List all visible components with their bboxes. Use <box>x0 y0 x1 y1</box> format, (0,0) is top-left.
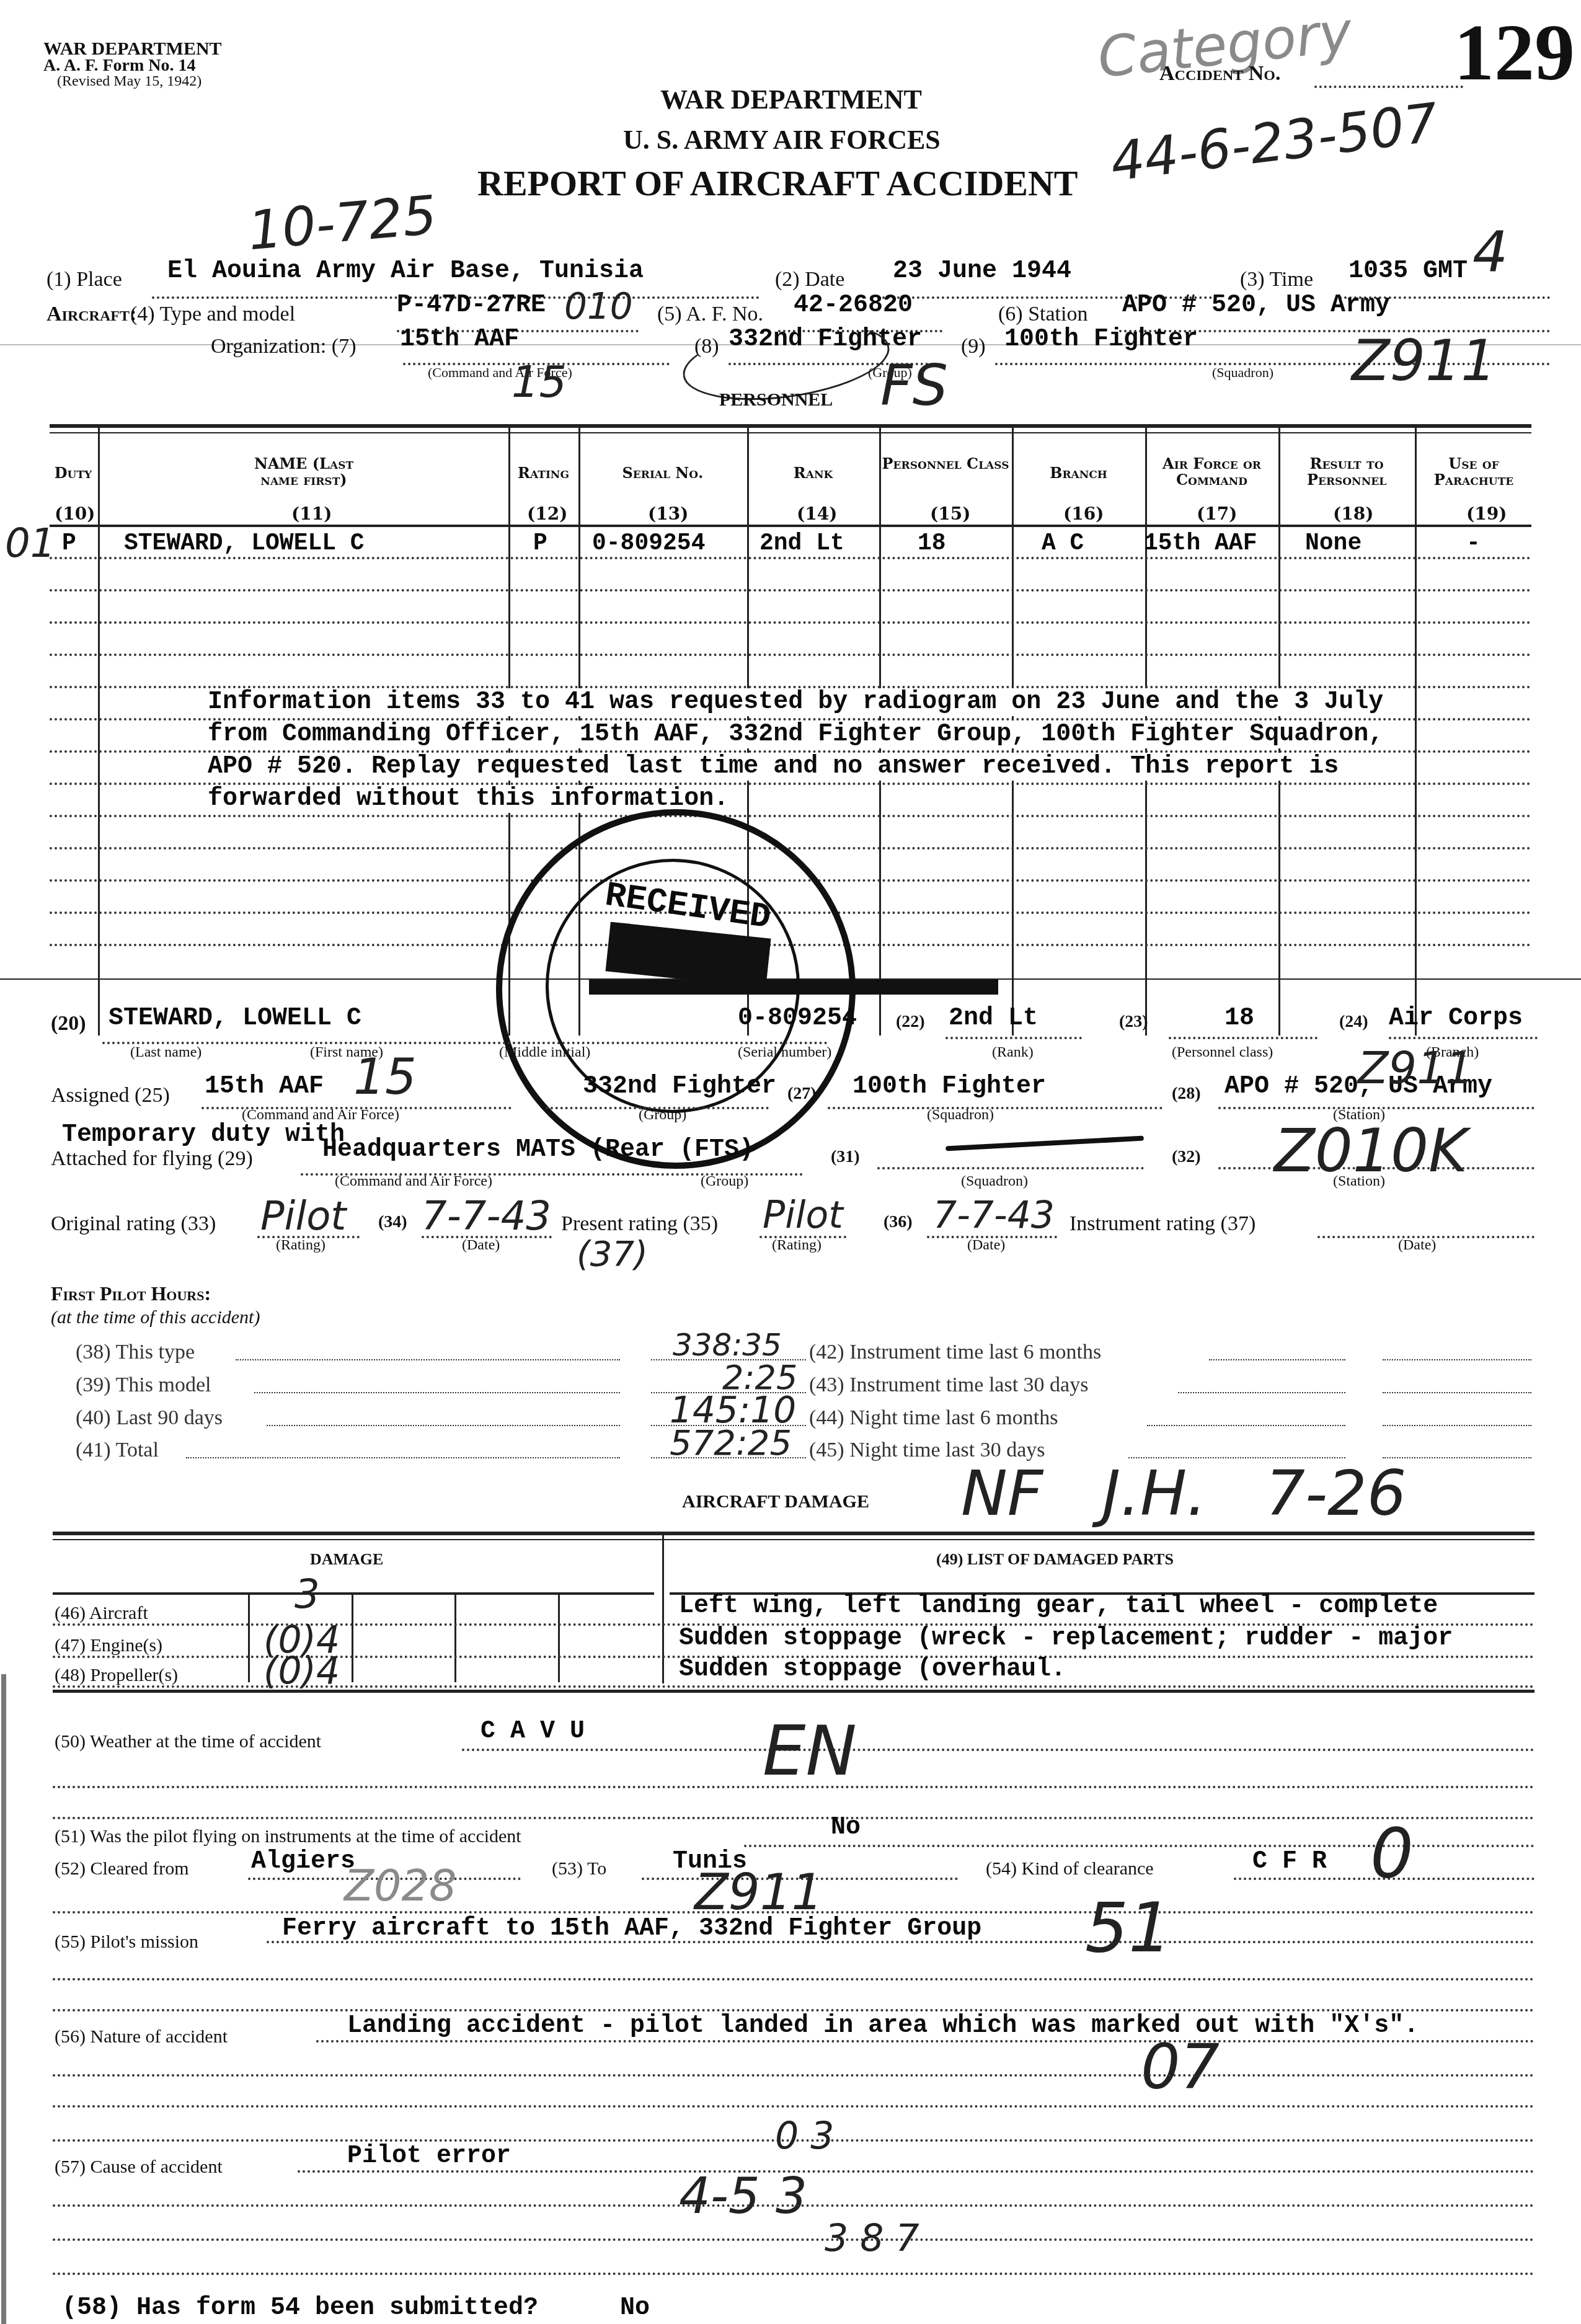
personnel-section-title: PERSONNEL <box>719 389 833 410</box>
damage-propeller-label: (48) Propeller(s) <box>55 1665 178 1686</box>
handwritten-37-note: (37) <box>577 1234 648 1274</box>
cleared-to-label: (53) To <box>552 1858 606 1879</box>
nature-label: (56) Nature of accident <box>55 2026 228 2047</box>
handwritten-group-note: FS <box>880 353 948 419</box>
col-header-class: Personnel Class <box>879 456 1012 472</box>
damage-aircraft-value: 3 <box>294 1572 320 1618</box>
handwritten-nature-code: 07 <box>1141 2031 1220 2103</box>
original-rating-date: 7-7-43 <box>422 1194 551 1240</box>
label-36: (36) <box>883 1212 913 1232</box>
col-header-result: Result to Personnel <box>1278 456 1415 488</box>
cell-rank: 2nd Lt <box>759 530 844 557</box>
station-value: APO # 520, US Army <box>1122 291 1390 319</box>
caption-attached-squadron: (Squadron) <box>961 1173 1028 1190</box>
handwritten-ref-number: 10-725 <box>246 184 439 262</box>
type-value: P-47D-27RE <box>397 291 546 319</box>
title-army-air-forces: U. S. ARMY AIR FORCES <box>623 124 941 156</box>
title-war-department: WAR DEPARTMENT <box>660 84 922 115</box>
caption-rank: (Rank) <box>992 1044 1034 1061</box>
time-value: 1035 GMT <box>1348 257 1468 285</box>
organization-value: 15th AAF <box>400 326 519 353</box>
caption-present-date: (Date) <box>967 1237 1005 1254</box>
col-num-14: (14) <box>797 503 837 524</box>
date-value: 23 June 1944 <box>893 257 1071 285</box>
nature-value: Landing accident - pilot landed in area … <box>347 2012 1419 2040</box>
handwritten-type-note: 010 <box>564 285 633 327</box>
cell-parachute: - <box>1466 530 1481 557</box>
caption-serial: (Serial number) <box>738 1044 831 1061</box>
col-num-12: (12) <box>527 503 567 524</box>
col-num-17: (17) <box>1197 503 1237 524</box>
caption-squadron: (Squadron) <box>927 1107 994 1124</box>
hours-total-value: 572:25 <box>670 1423 792 1463</box>
af-no-label: (5) A. F. No. <box>657 303 763 326</box>
handwritten-assigned-note: 15 <box>353 1048 417 1106</box>
handwritten-cause-code-2: 4-5 3 <box>679 2167 807 2225</box>
handwritten-row-prefix: 01 <box>5 521 55 567</box>
caption-attached-command: (Command and Air Force) <box>335 1173 492 1190</box>
label-34: (34) <box>378 1212 407 1232</box>
caption-last-name: (Last name) <box>130 1044 201 1061</box>
squadron-dash-mark <box>945 1136 1144 1151</box>
label-28: (28) <box>1172 1084 1201 1104</box>
station-label: (6) Station <box>998 303 1087 326</box>
mission-value: Ferry aircraft to 15th AAF, 332nd Fighte… <box>282 1915 981 1943</box>
weather-label: (50) Weather at the time of accident <box>55 1731 321 1752</box>
cell-result: None <box>1305 530 1362 557</box>
label-24: (24) <box>1339 1012 1368 1032</box>
cause-value: Pilot error <box>347 2142 511 2170</box>
cell-serial: 0-809254 <box>592 530 705 557</box>
personnel-note-line-4: forwarded without this information. <box>208 785 728 813</box>
form54-value: No <box>620 2294 650 2322</box>
assigned-group-value: 332nd Fighter <box>583 1073 776 1101</box>
assigned-value: 15th AAF <box>205 1073 324 1101</box>
col-num-11: (11) <box>291 503 332 524</box>
col-header-command: Air Force or Command <box>1145 456 1278 488</box>
organization-label: Organization: (7) <box>211 335 356 358</box>
cell-rating: P <box>533 530 547 557</box>
cleared-from-value: Algiers <box>251 1848 355 1876</box>
damage-aircraft-label: (46) Aircraft <box>55 1603 148 1624</box>
hours-total-label: (41) Total <box>76 1439 159 1462</box>
hours-night-6mo-label: (44) Night time last 6 months <box>809 1406 1058 1430</box>
mission-label: (55) Pilot's mission <box>55 1931 198 1953</box>
handwritten-assigned-station-code: Z911 <box>1358 1042 1474 1094</box>
col-num-15: (15) <box>930 503 970 524</box>
label-22: (22) <box>896 1012 925 1032</box>
squadron-caption: (Squadron) <box>1212 365 1273 381</box>
hours-subtitle: (at the time of this accident) <box>51 1307 260 1328</box>
hours-this-type-label: (38) This type <box>76 1341 195 1364</box>
type-label: (4) Type and model <box>130 303 295 326</box>
handwritten-accident-code: 44-6-23-507 <box>1107 92 1441 193</box>
col-num-16: (16) <box>1063 503 1104 524</box>
squadron-value: 100th Fighter <box>1004 326 1198 353</box>
personnel-note-line-3: APO # 520. Replay requested last time an… <box>208 753 1339 781</box>
handwritten-time-note: 4 <box>1472 220 1508 285</box>
hours-instr-30d-label: (43) Instrument time last 30 days <box>809 1373 1088 1397</box>
present-rating-date: 7-7-43 <box>933 1194 1055 1237</box>
hours-title: First Pilot Hours: <box>51 1282 211 1305</box>
handwritten-clearance-note: 0 <box>1370 1814 1414 1893</box>
personnel-note-line-2: from Commanding Officer, 15th AAF, 332nd… <box>208 721 1383 748</box>
cell-class: 18 <box>918 530 946 557</box>
col-num-18: (18) <box>1333 503 1373 524</box>
caption-original-rating: (Rating) <box>276 1237 325 1254</box>
af-no-value: 42-26820 <box>794 291 913 319</box>
cause-label: (57) Cause of accident <box>55 2157 223 2178</box>
handwritten-org-note: 15 <box>511 357 567 407</box>
handwritten-weather-note: EN <box>763 1711 857 1791</box>
col-header-name: NAME (Last name first) <box>236 456 372 488</box>
cleared-from-label: (52) Cleared from <box>55 1858 189 1879</box>
label-31: (31) <box>831 1147 860 1167</box>
col-header-duty: Duty <box>48 465 98 481</box>
personnel-note-line-1: Information items 33 to 41 was requested… <box>208 688 1383 716</box>
caption-present-rating: (Rating) <box>772 1237 821 1254</box>
caption-attached-station: (Station) <box>1333 1173 1385 1190</box>
original-rating-label: Original rating (33) <box>51 1212 216 1236</box>
instruments-value: No <box>831 1814 861 1842</box>
label-20: (20) <box>51 1012 86 1036</box>
damaged-parts-header: (49) LIST OF DAMAGED PARTS <box>936 1550 1174 1569</box>
caption-group: (Group) <box>639 1107 686 1124</box>
caption-attached-group: (Group) <box>701 1173 748 1190</box>
cell-duty: P <box>62 530 76 557</box>
place-value: El Aouina Army Air Base, Tunisia <box>167 257 644 285</box>
col-header-parachute: Use of Parachute <box>1415 456 1533 488</box>
label-23: (23) <box>1119 1012 1148 1032</box>
cell-command: 15th AAF <box>1144 530 1257 557</box>
caption-instrument-date: (Date) <box>1398 1237 1436 1254</box>
clearance-label: (54) Kind of clearance <box>986 1858 1154 1879</box>
damage-column-header: DAMAGE <box>310 1550 383 1569</box>
hours-this-model-label: (39) This model <box>76 1373 211 1397</box>
handwritten-cause-code-1: 0 3 <box>775 2114 834 2158</box>
col-header-serial: Serial No. <box>578 465 747 481</box>
original-rating-value: Pilot <box>260 1194 346 1240</box>
accident-no-value: 129 <box>1454 6 1575 99</box>
instrument-rating-label: Instrument rating (37) <box>1069 1212 1255 1236</box>
caption-original-date: (Date) <box>462 1237 500 1254</box>
present-rating-label: Present rating (35) <box>561 1212 718 1236</box>
pilot-name-value: STEWARD, LOWELL C <box>108 1005 361 1032</box>
attached-label: Attached for flying (29) <box>51 1147 253 1171</box>
handwritten-squadron-code: Z911 <box>1352 329 1496 394</box>
col-num-13: (13) <box>648 503 688 524</box>
pilot-rank-value: 2nd Lt <box>949 1005 1038 1032</box>
handwritten-mission-code: 51 <box>1085 1888 1172 1967</box>
col-num-10: (10) <box>55 503 95 524</box>
assigned-label: Assigned (25) <box>51 1084 170 1107</box>
temporary-duty-note: Temporary duty with <box>62 1121 345 1149</box>
hours-instr-6mo-label: (42) Instrument time last 6 months <box>809 1341 1101 1364</box>
caption-personnel-class: (Personnel class) <box>1172 1044 1273 1061</box>
cell-name: STEWARD, LOWELL C <box>124 530 365 557</box>
col-num-19: (19) <box>1466 503 1507 524</box>
weather-value: C A V U <box>480 1718 585 1745</box>
form-revised: (Revised May 15, 1942) <box>57 73 201 90</box>
col-header-branch: Branch <box>1012 465 1145 481</box>
damage-aircraft-part: Left wing, left landing gear, tail wheel… <box>679 1592 1438 1620</box>
damage-section-title: AIRCRAFT DAMAGE <box>682 1491 869 1512</box>
pilot-class-value: 18 <box>1224 1005 1254 1032</box>
pilot-serial-value: 0-809254 <box>738 1005 857 1032</box>
clearance-value: C F R <box>1252 1848 1327 1876</box>
handwritten-damage-signoff: NF J.H. 7-26 <box>961 1457 1406 1530</box>
date-label: (2) Date <box>775 268 844 291</box>
damage-engine-label: (47) Engine(s) <box>55 1635 162 1656</box>
present-rating-value: Pilot <box>763 1194 843 1237</box>
pilot-branch-value: Air Corps <box>1389 1005 1523 1032</box>
damage-propeller-part: Sudden stoppage (overhaul. <box>679 1656 1066 1683</box>
caption-middle-initial: (Middle initial) <box>499 1044 590 1061</box>
instruments-label: (51) Was the pilot flying on instruments… <box>55 1826 521 1847</box>
damage-engine-part: Sudden stoppage (wreck - replacement; ru… <box>679 1625 1453 1652</box>
time-label: (3) Time <box>1240 268 1313 291</box>
cell-branch: A C <box>1042 530 1084 557</box>
form54-label: (58) Has form 54 been submitted? <box>62 2294 538 2322</box>
squadron-label: (9) <box>961 335 986 358</box>
place-label: (1) Place <box>46 268 122 291</box>
accident-no-label: Accident No. <box>1159 62 1280 86</box>
aircraft-label: Aircraft: <box>46 303 136 326</box>
label-32: (32) <box>1172 1147 1201 1167</box>
handwritten-cleared-code: Z028 <box>344 1860 457 1911</box>
assigned-squadron-value: 100th Fighter <box>852 1073 1046 1101</box>
hours-last-90-label: (40) Last 90 days <box>76 1406 223 1430</box>
label-27: (27) <box>787 1084 817 1104</box>
col-header-rating: Rating <box>508 465 578 481</box>
attached-value: Headquarters MATS (Rear (FTS) <box>322 1136 754 1164</box>
col-header-rank: Rank <box>747 465 879 481</box>
page-title: REPORT OF AIRCRAFT ACCIDENT <box>477 162 1078 204</box>
